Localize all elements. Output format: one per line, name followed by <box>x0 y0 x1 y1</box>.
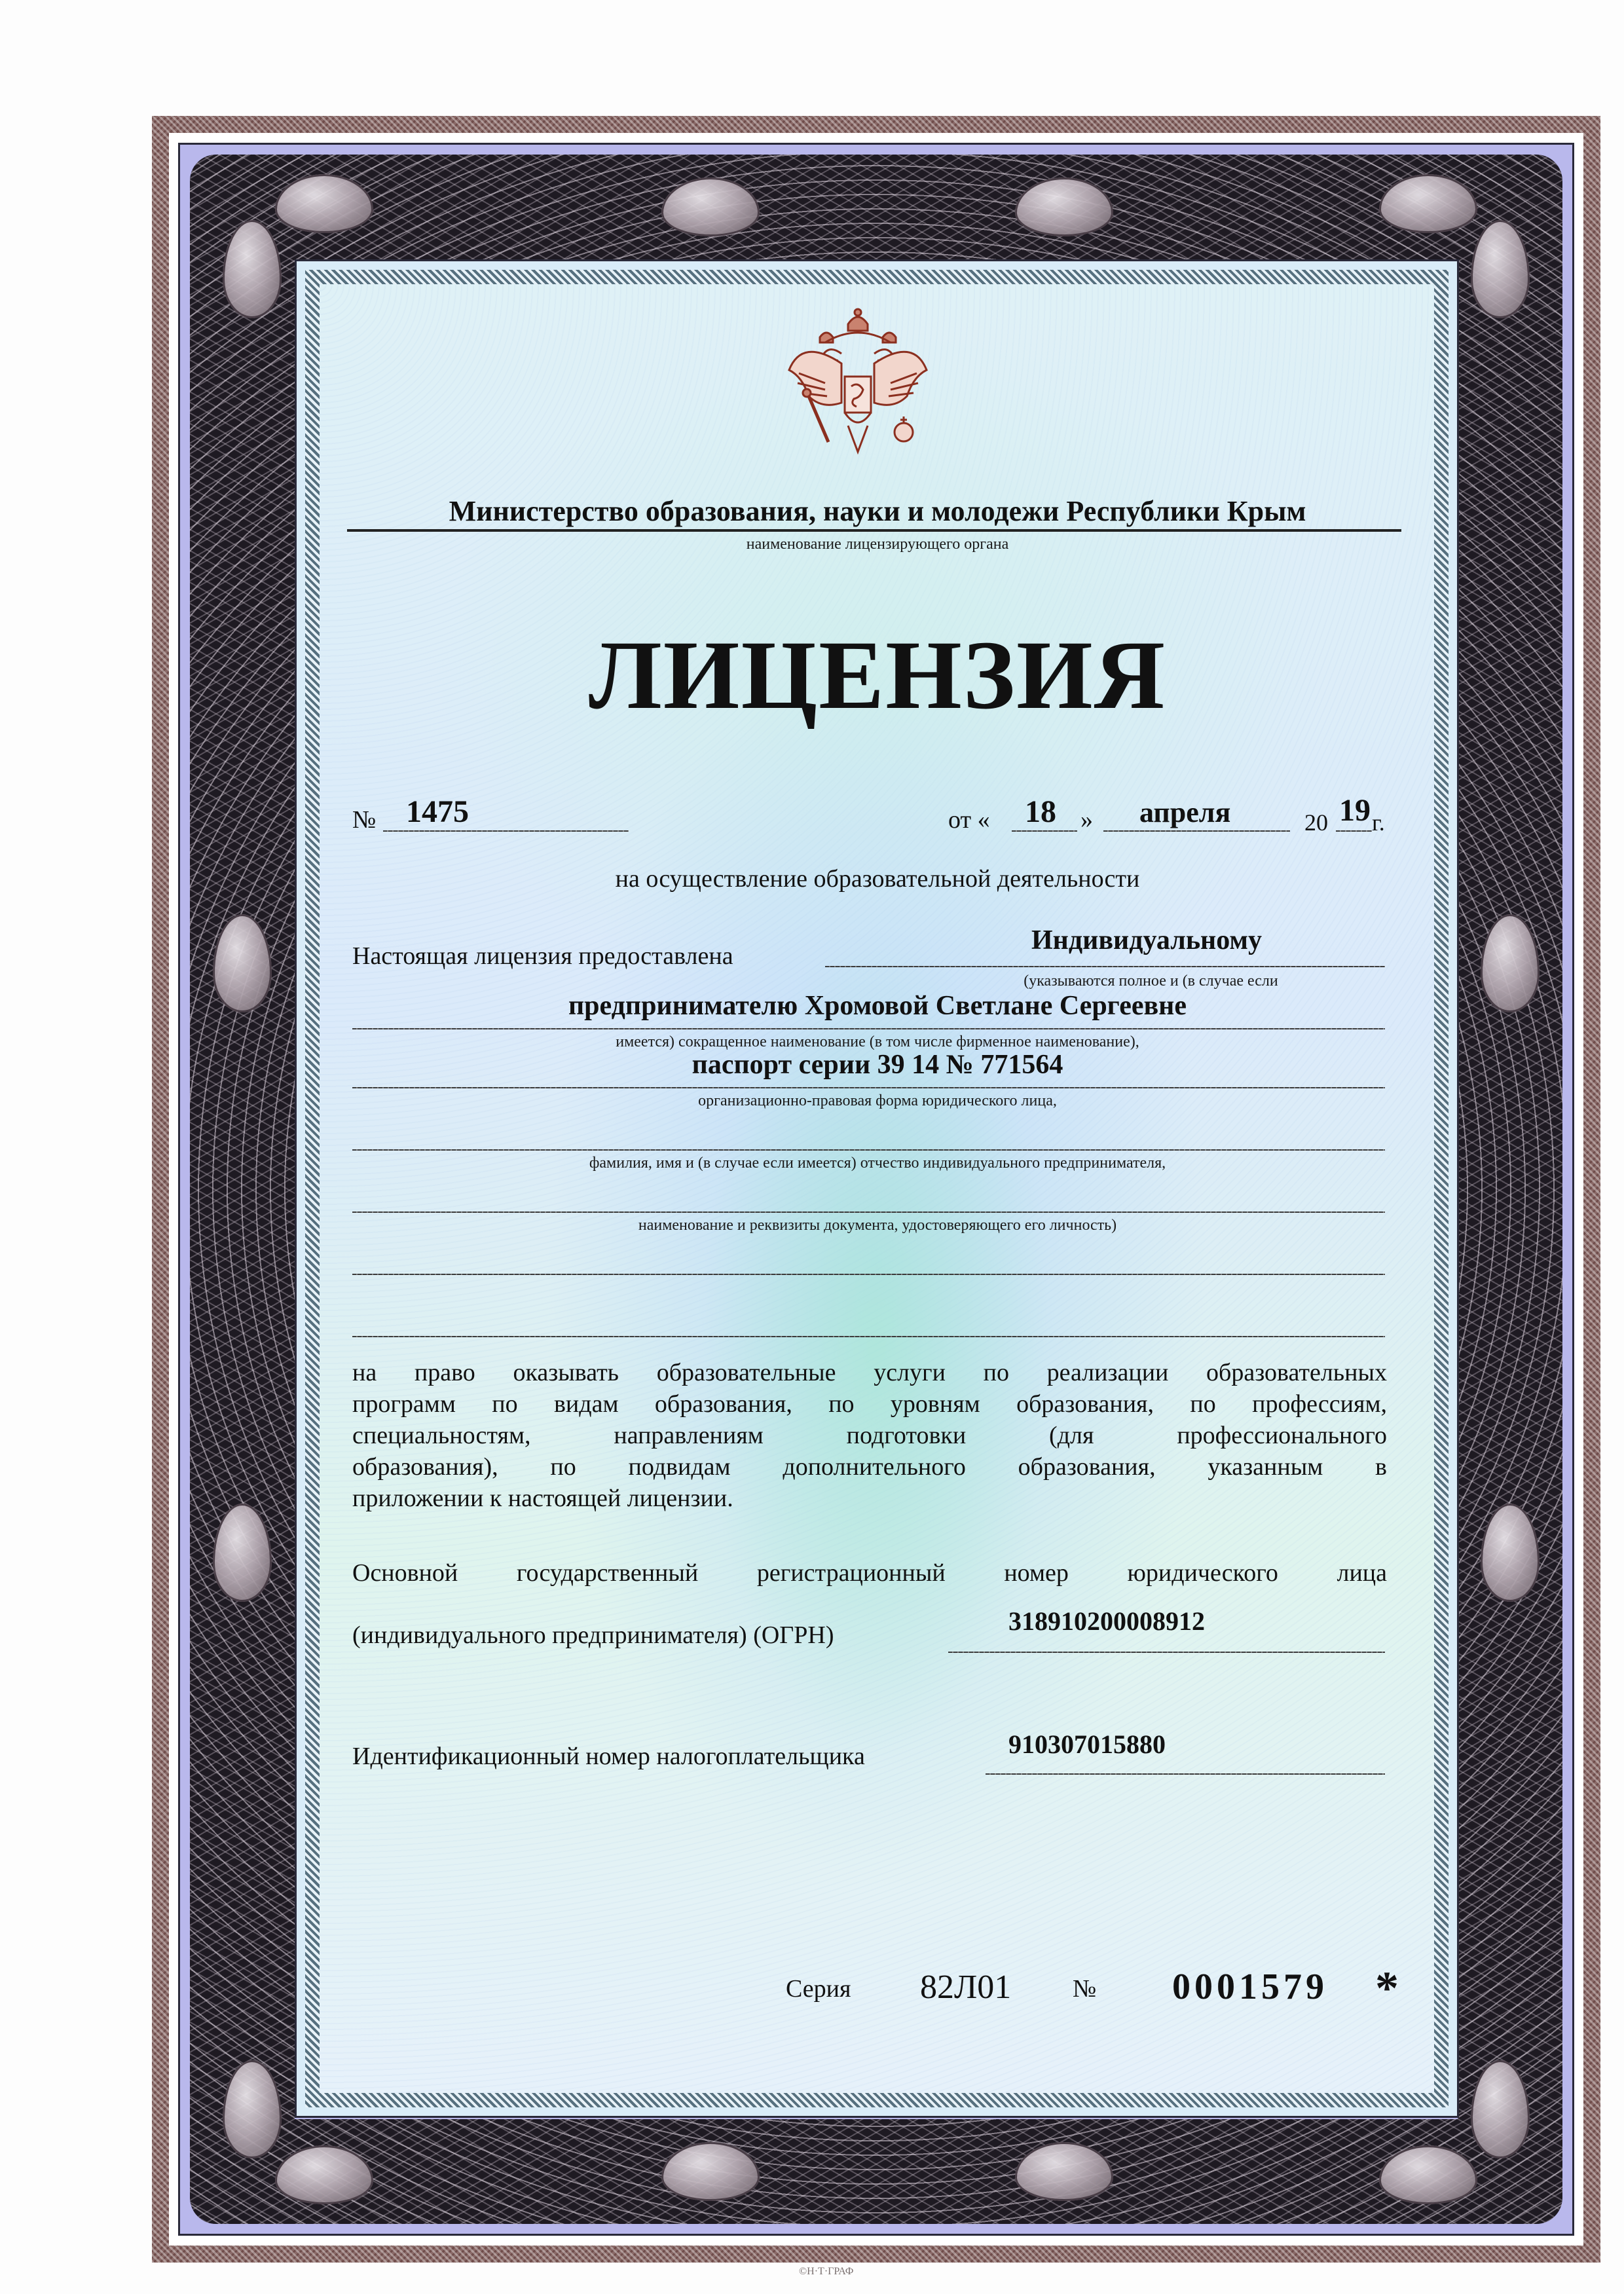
day-underline <box>1012 830 1077 832</box>
asterisk-mark-icon: * <box>1375 1961 1399 2016</box>
inn-underline <box>986 1773 1385 1775</box>
acanthus-leaf-icon <box>1481 1504 1540 1602</box>
ogrn-label-line2: (индивидуального предпринимателя) (ОГРН) <box>352 1621 834 1650</box>
year-prefix: 20 <box>1304 809 1328 836</box>
license-month: апреля <box>1139 796 1230 829</box>
ogrn-value: 318910200008912 <box>1008 1606 1205 1637</box>
authority-caption: наименование лицензирующего органа <box>347 536 1408 553</box>
inn-value: 910307015880 <box>1008 1729 1166 1760</box>
acanthus-leaf-icon <box>275 2145 373 2204</box>
series-value: 82Л01 <box>920 1968 1011 2007</box>
licensee-line3-underline <box>352 1087 1385 1088</box>
ogrn-label-line1: Основной государственный регистрационный… <box>352 1557 1387 1589</box>
licensee-caption4: фамилия, имя и (в случае если имеется) о… <box>347 1155 1408 1172</box>
inn-label: Идентификационный номер налогоплательщик… <box>352 1742 865 1771</box>
ogrn-underline <box>948 1652 1385 1653</box>
licensing-authority-name: Министерство образования, науки и молоде… <box>347 494 1408 528</box>
acanthus-leaf-icon <box>275 174 373 233</box>
acanthus-leaf-icon <box>1471 220 1530 318</box>
acanthus-leaf-icon <box>661 177 760 236</box>
series-label: Серия <box>786 1974 851 2003</box>
guilloche-text-panel <box>320 284 1434 2093</box>
licensee-caption1: (указываются полное и (в случае если <box>917 972 1385 990</box>
license-day: 18 <box>1025 794 1056 830</box>
rights-line-5: приложении к настоящей лицензии. <box>352 1483 1387 1514</box>
license-purpose: на осуществление образовательной деятель… <box>347 864 1408 893</box>
acanthus-leaf-icon <box>213 914 272 1012</box>
granted-label: Настоящая лицензия предоставлена <box>352 942 733 971</box>
licensee-line4-underline <box>352 1149 1385 1151</box>
number-sign: № <box>352 805 376 834</box>
acanthus-leaf-icon <box>1015 177 1113 236</box>
year-underline <box>1336 830 1372 832</box>
rights-line-2: программ по видам образования, по уровня… <box>352 1388 1387 1420</box>
licensee-line1-underline <box>825 966 1385 967</box>
number-underline <box>383 830 629 832</box>
month-underline <box>1103 830 1290 832</box>
day-suffix: » <box>1080 805 1093 834</box>
licensee-line1: Индивидуальному <box>1031 925 1262 956</box>
rights-line-1: на право оказывать образовательные услуг… <box>352 1357 1387 1388</box>
acanthus-leaf-icon <box>1379 2145 1477 2204</box>
form-number-sign: № <box>1073 1974 1096 2003</box>
acanthus-leaf-icon <box>1471 2060 1530 2158</box>
acanthus-leaf-icon <box>213 1504 272 1602</box>
license-year: 19 <box>1339 792 1371 828</box>
authority-underline <box>347 529 1401 532</box>
rights-line-3: специальностям, направлениям подготовки … <box>352 1420 1387 1451</box>
form-number: 0001579 <box>1172 1966 1328 2008</box>
acanthus-leaf-icon <box>1015 2142 1113 2201</box>
licensee-line2-underline <box>352 1028 1385 1029</box>
acanthus-leaf-icon <box>223 220 282 318</box>
licensee-passport: паспорт серии 39 14 № 771564 <box>347 1049 1408 1081</box>
printer-mark: ©Н·Т·ГРАФ <box>799 2266 853 2278</box>
licensee-caption3: организационно-правовая форма юридическо… <box>347 1092 1408 1110</box>
acanthus-leaf-icon <box>1379 174 1477 233</box>
license-number: 1475 <box>406 794 469 830</box>
licensee-line2: предпринимателю Хромовой Светлане Сергее… <box>347 990 1408 1022</box>
licensee-caption2: имеется) сокращенное наименование (в том… <box>347 1033 1408 1051</box>
licensee-line7-underline <box>352 1336 1385 1337</box>
russian-coat-of-arms-icon <box>779 298 936 458</box>
licensee-line5-underline <box>352 1212 1385 1213</box>
licensee-line6-underline <box>352 1274 1385 1275</box>
acanthus-leaf-icon <box>1481 914 1540 1012</box>
date-prefix: от « <box>948 805 990 834</box>
acanthus-leaf-icon <box>223 2060 282 2158</box>
licensee-caption5: наименование и реквизиты документа, удос… <box>347 1217 1408 1234</box>
document-title: ЛИЦЕНЗИЯ <box>347 619 1408 731</box>
rights-line-4: образования), по подвидам дополнительног… <box>352 1451 1387 1483</box>
acanthus-leaf-icon <box>661 2142 760 2201</box>
year-unit: г. <box>1372 809 1385 836</box>
